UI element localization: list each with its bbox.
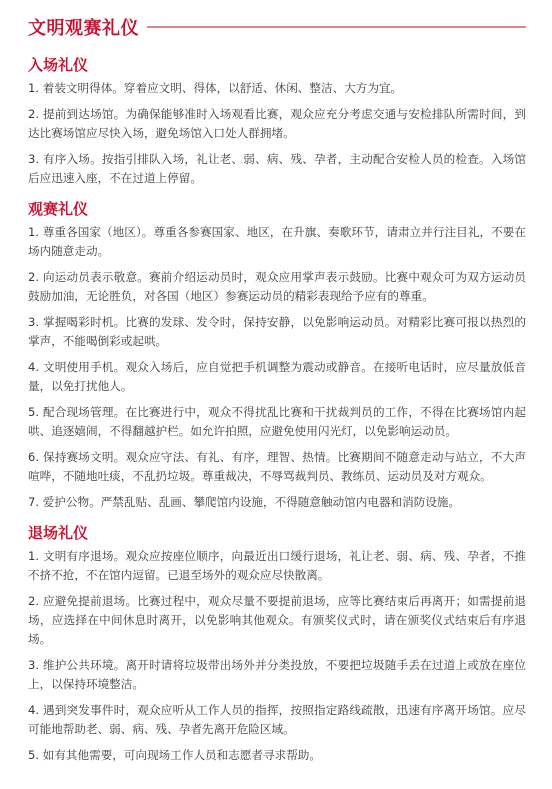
title-divider-line bbox=[147, 26, 526, 28]
list-item: 7. 爱护公物。严禁乱贴、乱画、攀爬馆内设施，不得随意触动馆内电器和消防设施。 bbox=[28, 493, 526, 512]
list-item: 3. 有序入场。按指引排队入场，礼让老、弱、病、残、孕者，主动配合安检人员的检查… bbox=[28, 150, 526, 188]
list-item: 2. 向运动员表示敬意。赛前介绍运动员时，观众应用掌声表示鼓励。比赛中观众可为双… bbox=[28, 268, 526, 306]
list-item: 1. 尊重各国家（地区）。尊重各参赛国家、地区，在升旗、奏歌环节，请肃立并行注目… bbox=[28, 223, 526, 261]
section-entry-etiquette: 入场礼仪 1. 着装文明得体。穿着应文明、得体，以舒适、休闲、整洁、大方为宜。 … bbox=[28, 56, 526, 188]
list-item: 3. 掌握喝彩时机。比赛的发球、发令时，保持安静，以免影响运动员。对精彩比赛可报… bbox=[28, 313, 526, 351]
section-heading: 退场礼仪 bbox=[28, 524, 526, 542]
list-item: 4. 遇到突发事件时，观众应听从工作人员的指挥，按照指定路线疏散，迅速有序离开场… bbox=[28, 701, 526, 739]
section-exit-etiquette: 退场礼仪 1. 文明有序退场。观众应按座位顺序，向最近出口缓行退场，礼让老、弱、… bbox=[28, 524, 526, 765]
etiquette-document: 文明观赛礼仪 入场礼仪 1. 着装文明得体。穿着应文明、得体，以舒适、休闲、整洁… bbox=[0, 14, 552, 765]
title-row: 文明观赛礼仪 bbox=[28, 14, 526, 40]
list-item: 3. 维护公共环境。离开时请将垃圾带出场外并分类投放，不要把垃圾随手丢在过道上或… bbox=[28, 656, 526, 694]
page-title: 文明观赛礼仪 bbox=[28, 14, 139, 40]
list-item: 2. 应避免提前退场。比赛过程中，观众尽量不要提前退场，应等比赛结束后再离开；如… bbox=[28, 592, 526, 649]
list-item: 5. 配合现场管理。在比赛进行中，观众不得扰乱比赛和干扰裁判员的工作，不得在比赛… bbox=[28, 403, 526, 441]
list-item: 1. 着装文明得体。穿着应文明、得体，以舒适、休闲、整洁、大方为宜。 bbox=[28, 79, 526, 98]
list-item: 5. 如有其他需要，可向现场工作人员和志愿者寻求帮助。 bbox=[28, 746, 526, 765]
section-heading: 观赛礼仪 bbox=[28, 200, 526, 218]
list-item: 6. 保持赛场文明。观众应守法、有礼、有序，理智、热情。比赛期间不随意走动与站立… bbox=[28, 448, 526, 486]
section-viewing-etiquette: 观赛礼仪 1. 尊重各国家（地区）。尊重各参赛国家、地区，在升旗、奏歌环节，请肃… bbox=[28, 200, 526, 512]
section-heading: 入场礼仪 bbox=[28, 56, 526, 74]
list-item: 1. 文明有序退场。观众应按座位顺序，向最近出口缓行退场，礼让老、弱、病、残、孕… bbox=[28, 547, 526, 585]
list-item: 4. 文明使用手机。观众入场后，应自觉把手机调整为震动或静音。在接听电话时，应尽… bbox=[28, 358, 526, 396]
list-item: 2. 提前到达场馆。为确保能够准时入场观看比赛，观众应充分考虑交通与安检排队所需… bbox=[28, 105, 526, 143]
